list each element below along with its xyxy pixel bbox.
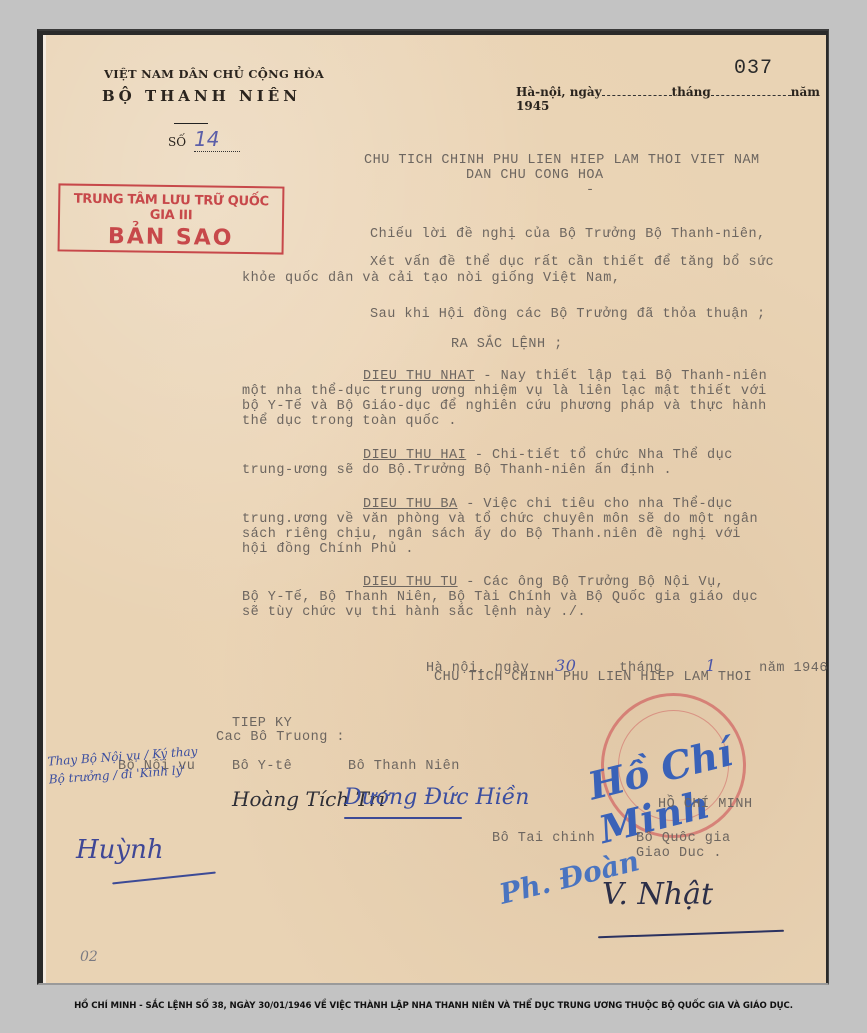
article-text: thể dục trong toàn quốc .	[242, 414, 457, 429]
decree-title-line1: CHU TICH CHINH PHU LIEN HIEP LAM THOI VI…	[364, 153, 760, 168]
signing-title: CHU TICH CHINH PHU LIEN HIEP LAM THOI	[434, 670, 752, 685]
signature-underline	[344, 817, 462, 819]
article-text: sách riêng chịu, ngân sách ấy do Bộ Than…	[242, 527, 741, 542]
article-1-first: DIEU THU NHAT - Nay thiết lập tại Bộ Tha…	[363, 369, 767, 384]
article-text: trung-ương sẽ do Bộ.Trưởng Bộ Thanh-niên…	[242, 463, 672, 478]
article-text: sẽ tùy chức vụ thi hành sắc lệnh này ./.	[242, 605, 586, 620]
article-text: - Các ông Bộ Trưởng Bộ Nội Vụ,	[458, 575, 725, 590]
article-3-first: DIEU THU BA - Việc chi tiêu cho nha Thể-…	[363, 497, 733, 512]
document-frame: VIỆT NAM DÂN CHỦ CỘNG HÒA BỘ THANH NIÊN …	[37, 29, 829, 985]
minister-signature: V. Nhật	[602, 877, 713, 912]
preamble-line: RA SẮC LỆNH ;	[451, 337, 563, 352]
article-text: một nha thể-dục trung ương nhiệm vụ là l…	[242, 384, 767, 399]
letterhead-ministry: BỘ THANH NIÊN	[102, 87, 301, 105]
date-place: Hà-nội, ngày	[516, 85, 602, 99]
document-paper: VIỆT NAM DÂN CHỦ CỘNG HÒA BỘ THANH NIÊN …	[43, 35, 826, 983]
preamble-line: Xét vấn đề thể dục rất cần thiết để tăng…	[370, 255, 774, 270]
minister-signature: Dương Đức Hiền	[344, 785, 529, 810]
article-text: - Chi-tiết tổ chức Nha Thể dục	[466, 448, 733, 463]
countersign-subheading: Cac Bô Truong :	[216, 730, 345, 745]
article-heading: DIEU THU NHAT	[363, 369, 475, 384]
decree-title-dash: -	[586, 183, 595, 198]
archive-stamp-line1: TRUNG TÂM LƯU TRỮ QUỐC GIA III	[60, 191, 282, 224]
article-text: - Nay thiết lập tại Bộ Thanh-niên	[475, 369, 767, 384]
preamble-line: Sau khi Hội đồng các Bộ Trưởng đã thỏa t…	[370, 307, 766, 322]
document-number: SỐ14	[168, 127, 240, 151]
signing-year: năm 1946	[759, 661, 828, 676]
date-month-label: tháng	[672, 85, 711, 99]
date-line-top: Hà-nội, ngàythángnăm 1945	[516, 85, 826, 113]
article-heading: DIEU THU HAI	[363, 448, 466, 463]
countersign-heading: TIEP KY	[232, 716, 292, 731]
number-label: SỐ	[168, 135, 186, 149]
image-caption: HỒ CHÍ MINH - SẮC LỆNH SỐ 38, NGÀY 30/01…	[0, 1001, 867, 1011]
president-name: HỒ CHÍ MINH	[658, 797, 753, 812]
minister-label: Bô Tai chinh	[492, 831, 595, 846]
handwritten-note: Thay Bộ Nội vụ / Ký thay Bộ trưởng / đi …	[47, 741, 209, 788]
preamble-line: khỏe quốc dân và cải tạo nòi giống Việt …	[242, 271, 620, 286]
article-text: Bộ Y-Tế, Bộ Thanh Niên, Bộ Tài Chính và …	[242, 590, 758, 605]
letterhead-country: VIỆT NAM DÂN CHỦ CỘNG HÒA	[104, 67, 324, 81]
signature-underline	[112, 872, 216, 885]
minister-label: Bô Y-tê	[232, 759, 292, 774]
archive-stamp: TRUNG TÂM LƯU TRỮ QUỐC GIA III BẢN SAO	[58, 183, 285, 254]
article-4-first: DIEU THU TU - Các ông Bộ Trưởng Bộ Nội V…	[363, 575, 724, 590]
archive-stamp-line2: BẢN SAO	[60, 223, 282, 251]
article-heading: DIEU THU TU	[363, 575, 458, 590]
divider	[174, 123, 208, 124]
archive-number: 037	[734, 57, 773, 80]
article-text: trung.ương về văn phòng và tổ chức chuyê…	[242, 512, 758, 527]
page-mark: 02	[80, 949, 98, 965]
preamble-line: Chiếu lời đề nghị của Bộ Trưởng Bộ Thanh…	[370, 227, 766, 242]
minister-label: Bô Thanh Niên	[348, 759, 460, 774]
signature-underline	[598, 930, 784, 938]
decree-title-line2: DAN CHU CONG HOA	[466, 168, 604, 183]
number-handwritten: 14	[194, 127, 239, 152]
article-text: bộ Y-Tế và Bộ Giáo-dục để nghiên cứu phư…	[242, 399, 767, 414]
minister-label: Bô Quôc gia Giao Duc .	[636, 831, 756, 861]
article-heading: DIEU THU BA	[363, 497, 458, 512]
article-2-first: DIEU THU HAI - Chi-tiết tổ chức Nha Thể …	[363, 448, 733, 463]
article-text: hội đồng Chính Phủ .	[242, 542, 414, 557]
minister-signature: Huỳnh	[76, 835, 164, 865]
article-text: - Việc chi tiêu cho nha Thể-dục	[458, 497, 733, 512]
